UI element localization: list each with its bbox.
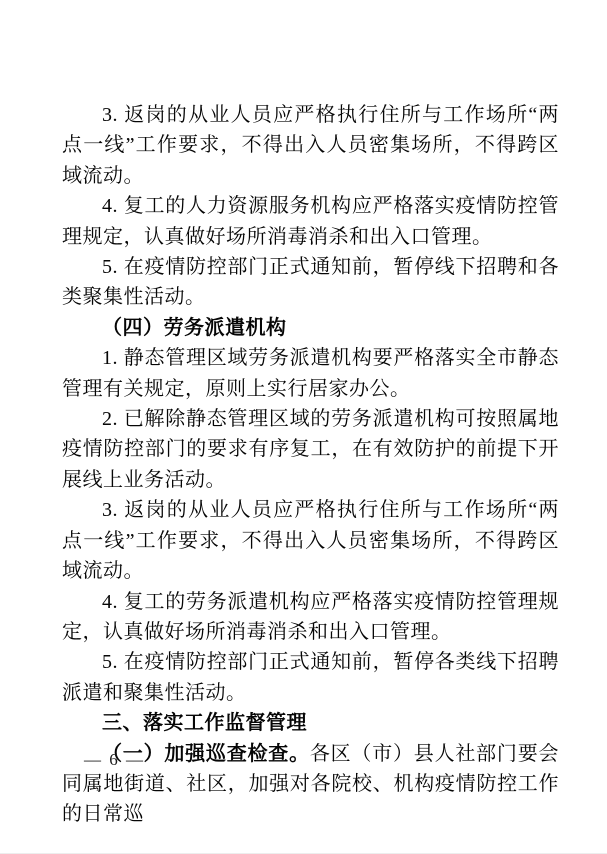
page-number: — 6 — xyxy=(84,750,145,770)
sub-heading: （四）劳务派遣机构 xyxy=(62,313,559,343)
paragraph: 4. 复工的人力资源服务机构应严格落实疫情防控管理规定，认真做好场所消毒消杀和出… xyxy=(62,191,559,252)
document-page: 3. 返岗的从业人员应严格执行住所与工作场所“两点一线”工作要求，不得出入人员密… xyxy=(0,0,607,854)
paragraph: 5. 在疫情防控部门正式通知前，暂停线下招聘和各类聚集性活动。 xyxy=(62,252,559,313)
section-heading: 三、落实工作监督管理 xyxy=(62,708,559,738)
paragraph: 2. 已解除静态管理区域的劳务派遣机构可按照属地疫情防控部门的要求有序复工，在有… xyxy=(62,404,559,495)
paragraph: 1. 静态管理区域劳务派遣机构要严格落实全市静态管理有关规定，原则上实行居家办公… xyxy=(62,343,559,404)
document-body: 3. 返岗的从业人员应严格执行住所与工作场所“两点一线”工作要求，不得出入人员密… xyxy=(62,100,559,830)
paragraph: 3. 返岗的从业人员应严格执行住所与工作场所“两点一线”工作要求，不得出入人员密… xyxy=(62,100,559,191)
paragraph: 4. 复工的劳务派遣机构应严格落实疫情防控管理规定，认真做好场所消毒消杀和出入口… xyxy=(62,587,559,648)
paragraph: 3. 返岗的从业人员应严格执行住所与工作场所“两点一线”工作要求，不得出入人员密… xyxy=(62,495,559,586)
paragraph: 5. 在疫情防控部门正式通知前，暂停各类线下招聘派遣和聚集性活动。 xyxy=(62,647,559,708)
